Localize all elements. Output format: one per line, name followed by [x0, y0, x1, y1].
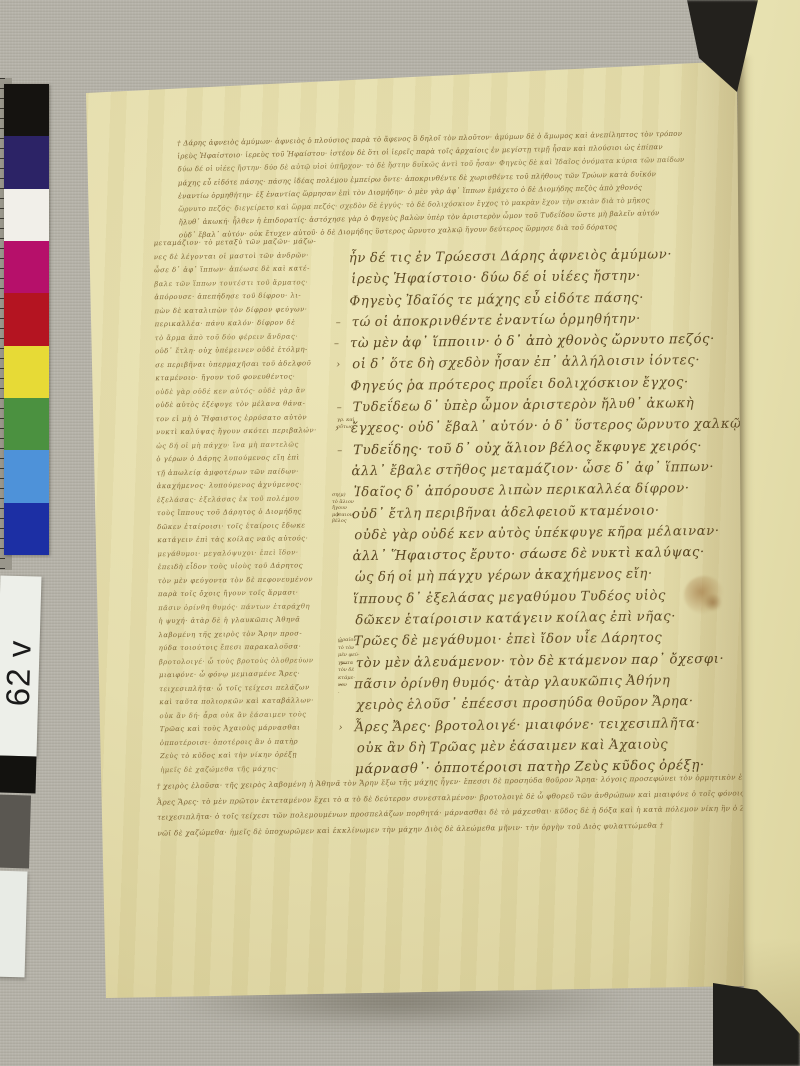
gloss-line: νον: [338, 682, 378, 690]
color-patch: [4, 398, 49, 450]
verse-text: Ἆρες Ἄρες· βροτολοιγέ· μιαιφόνε· τειχεσι…: [355, 716, 701, 735]
color-patch: [4, 189, 49, 241]
verse-text: Φηγεύς ῥα πρότερος προΐει δολιχόσκιον ἔγ…: [350, 375, 688, 394]
marginal-critical-mark: –: [336, 312, 351, 333]
verse-text: Τυδεΐδεω δ᾽ ὑπὲρ ὦμον ἀριστερὸν ἤλυθ᾽ ἀκ…: [353, 396, 695, 415]
marginal-critical-mark: –: [334, 333, 349, 354]
gloss-line: οὕτως: [337, 424, 379, 431]
color-patch: [4, 241, 49, 293]
verse-text: ἵππους δ᾽ ἐξελάσας μεγαθύμου Τυδέος υἱὸς: [353, 588, 666, 607]
interlinear-gloss-b: ση(μ)τὸ ἅλιονἤγουνμάταιονβέλος: [332, 492, 370, 525]
color-patch: [4, 136, 49, 188]
color-calibration-bar: [4, 84, 49, 555]
verse-text: οὐδὲ γὰρ οὐδέ κεν αὐτὸς ὑπέκφυγε κῆρα μέ…: [354, 524, 720, 543]
verse-text: τὸν μὲν ἀλευάμενον· τὸν δὲ κτάμενον παρ᾽…: [356, 651, 725, 670]
verse-text: τὼ μὲν ἀφ᾽ ἵπποιιν· ὁ δ᾽ ἀπὸ χθονὸς ὤρνυ…: [350, 332, 715, 351]
parchment-page-62v: † Δάρης ἀφνειὸς ἀμύμων· ἀφνειὸς ὁ πλούσι…: [0, 0, 800, 1066]
verse-text: ὡς δή οἱ μὴ πάγχυ γέρων ἀκαχήμενος εἴη·: [355, 567, 653, 586]
top-scholia-block: † Δάρης ἀφνειὸς ἀμύμων· ἀφνειὸς ὁ πλούσι…: [177, 127, 745, 246]
left-scholia-column: μεταμάζιον· τὸ μεταξὺ τῶν μαζῶν· μάζω-νε…: [154, 235, 355, 785]
verse-text: πᾶσιν ὀρίνθη θυμός· ἀτὰρ γλαυκῶπις Ἀθήνη: [354, 673, 671, 692]
scholia-line: ἡμεῖς δὲ χαζώμεθα τῆς μάχης·: [160, 761, 354, 777]
gloss-line: κτάμε-: [338, 675, 378, 683]
verse-text: ἀλλ᾽ ἔβαλε στῆθος μεταμάζιον· ὦσε δ᾽ ἀφ᾽…: [351, 460, 714, 479]
verse-text: τώ οἱ ἀποκρινθέντε ἐναντίω ὁρμηθήτην·: [352, 312, 641, 331]
marginal-critical-mark: –: [337, 440, 352, 461]
main-text-iliad-5: ἦν δέ τις ἐν Τρώεσσι Δάρης ἀφνειὸς ἀμύμω…: [349, 244, 727, 781]
bottom-scholia-block: † χειρὸς ἑλοῦσα· τῆς χειρὸς λαβομένη ἡ Ἀ…: [157, 769, 750, 840]
gloss-line: ·: [338, 690, 378, 698]
verse-text: ἔγχεος· οὐδ᾽ ἔβαλ᾽ αὐτόν· ὁ δ᾽ ὕστερος ὤ…: [351, 417, 742, 437]
label-strip-black: [0, 755, 37, 793]
color-patch: [4, 84, 49, 136]
label-strip-gray: [0, 795, 31, 869]
ink-stain-small: [703, 594, 723, 611]
color-patch: [4, 503, 49, 555]
verse-text: ἦν δέ τις ἐν Τρώεσσι Δάρης ἀφνειὸς ἀμύμω…: [349, 247, 672, 266]
verse-text: Τρῶες δὲ μεγάθυμοι· ἐπεὶ ἴδον υἷε Δάρητο…: [353, 631, 662, 650]
gloss-line: γρ. καὶ: [337, 417, 379, 424]
label-strip-white: [0, 871, 27, 978]
verse-text: χειρὸς ἑλοῦσ᾽ ἐπέεσσι προσηύδα θοῦρον Ἄρ…: [356, 694, 693, 713]
marginal-critical-mark: –: [337, 397, 352, 418]
verse-text: Τυδεΐδης· τοῦ δ᾽ οὐχ ἅλιον βέλος ἔκφυγε …: [353, 439, 702, 458]
manuscript-photo: † Δάρης ἀφνειὸς ἀμύμων· ἀφνειὸς ὁ πλούσι…: [0, 0, 800, 1066]
gloss-line: γοντα: [338, 660, 378, 668]
verse-text: οἱ δ᾽ ὅτε δὴ σχεδὸν ἦσαν ἐπ᾽ ἀλλήλοισιν …: [352, 353, 700, 372]
gloss-line: τὸ τὸν: [338, 645, 378, 653]
verse-text: Ἰδαῖος δ᾽ ἀπόρουσε λιπὼν περικαλλέα δίφρ…: [354, 481, 690, 500]
verse-text: ἱρεὺς Ἡφαίστοιο· δύω δέ οἱ υἱέες ἤστην·: [351, 269, 641, 288]
verse-text: οὐκ ἂν δὴ Τρῶας μὲν ἐάσαιμεν καὶ Ἀχαιοὺς: [357, 737, 669, 756]
gloss-line: ὡραῖον: [338, 637, 378, 645]
color-patch: [4, 293, 49, 345]
interlinear-gloss-a: γρ. καὶοὕτως: [337, 417, 379, 431]
color-patch: [4, 346, 49, 398]
color-patch: [4, 450, 49, 502]
gloss-line: τὸν δὲ: [338, 667, 378, 675]
verse-text: δῶκεν ἑταίροισιν κατάγειν κοίλας ἐπὶ νῆα…: [355, 609, 676, 628]
verse-text: οὐδ᾽ ἔτλη περιβῆναι ἀδελφειοῦ κταμένοιο·: [352, 503, 660, 522]
gloss-line: βέλος: [332, 518, 370, 525]
verse-text: Φηγεὺς Ἰδαῖός τε μάχης εὖ εἰδότε πάσης·: [349, 290, 644, 309]
folio-number-label: 62 v: [0, 575, 42, 756]
gloss-line: μὲν φεύ-: [338, 652, 378, 660]
interlinear-gloss-c: ὡραῖοντὸ τὸνμὲν φεύ-γοντατὸν δὲκτάμε-νον…: [338, 637, 378, 697]
folio-number-text: 62 v: [0, 639, 38, 706]
marginal-critical-mark: ›: [338, 717, 353, 738]
marginal-critical-mark: ›: [336, 355, 351, 376]
verse-text: ἀλλ᾽ Ἥφαιστος ἔρυτο· σάωσε δὲ νυκτὶ καλύ…: [352, 545, 704, 564]
